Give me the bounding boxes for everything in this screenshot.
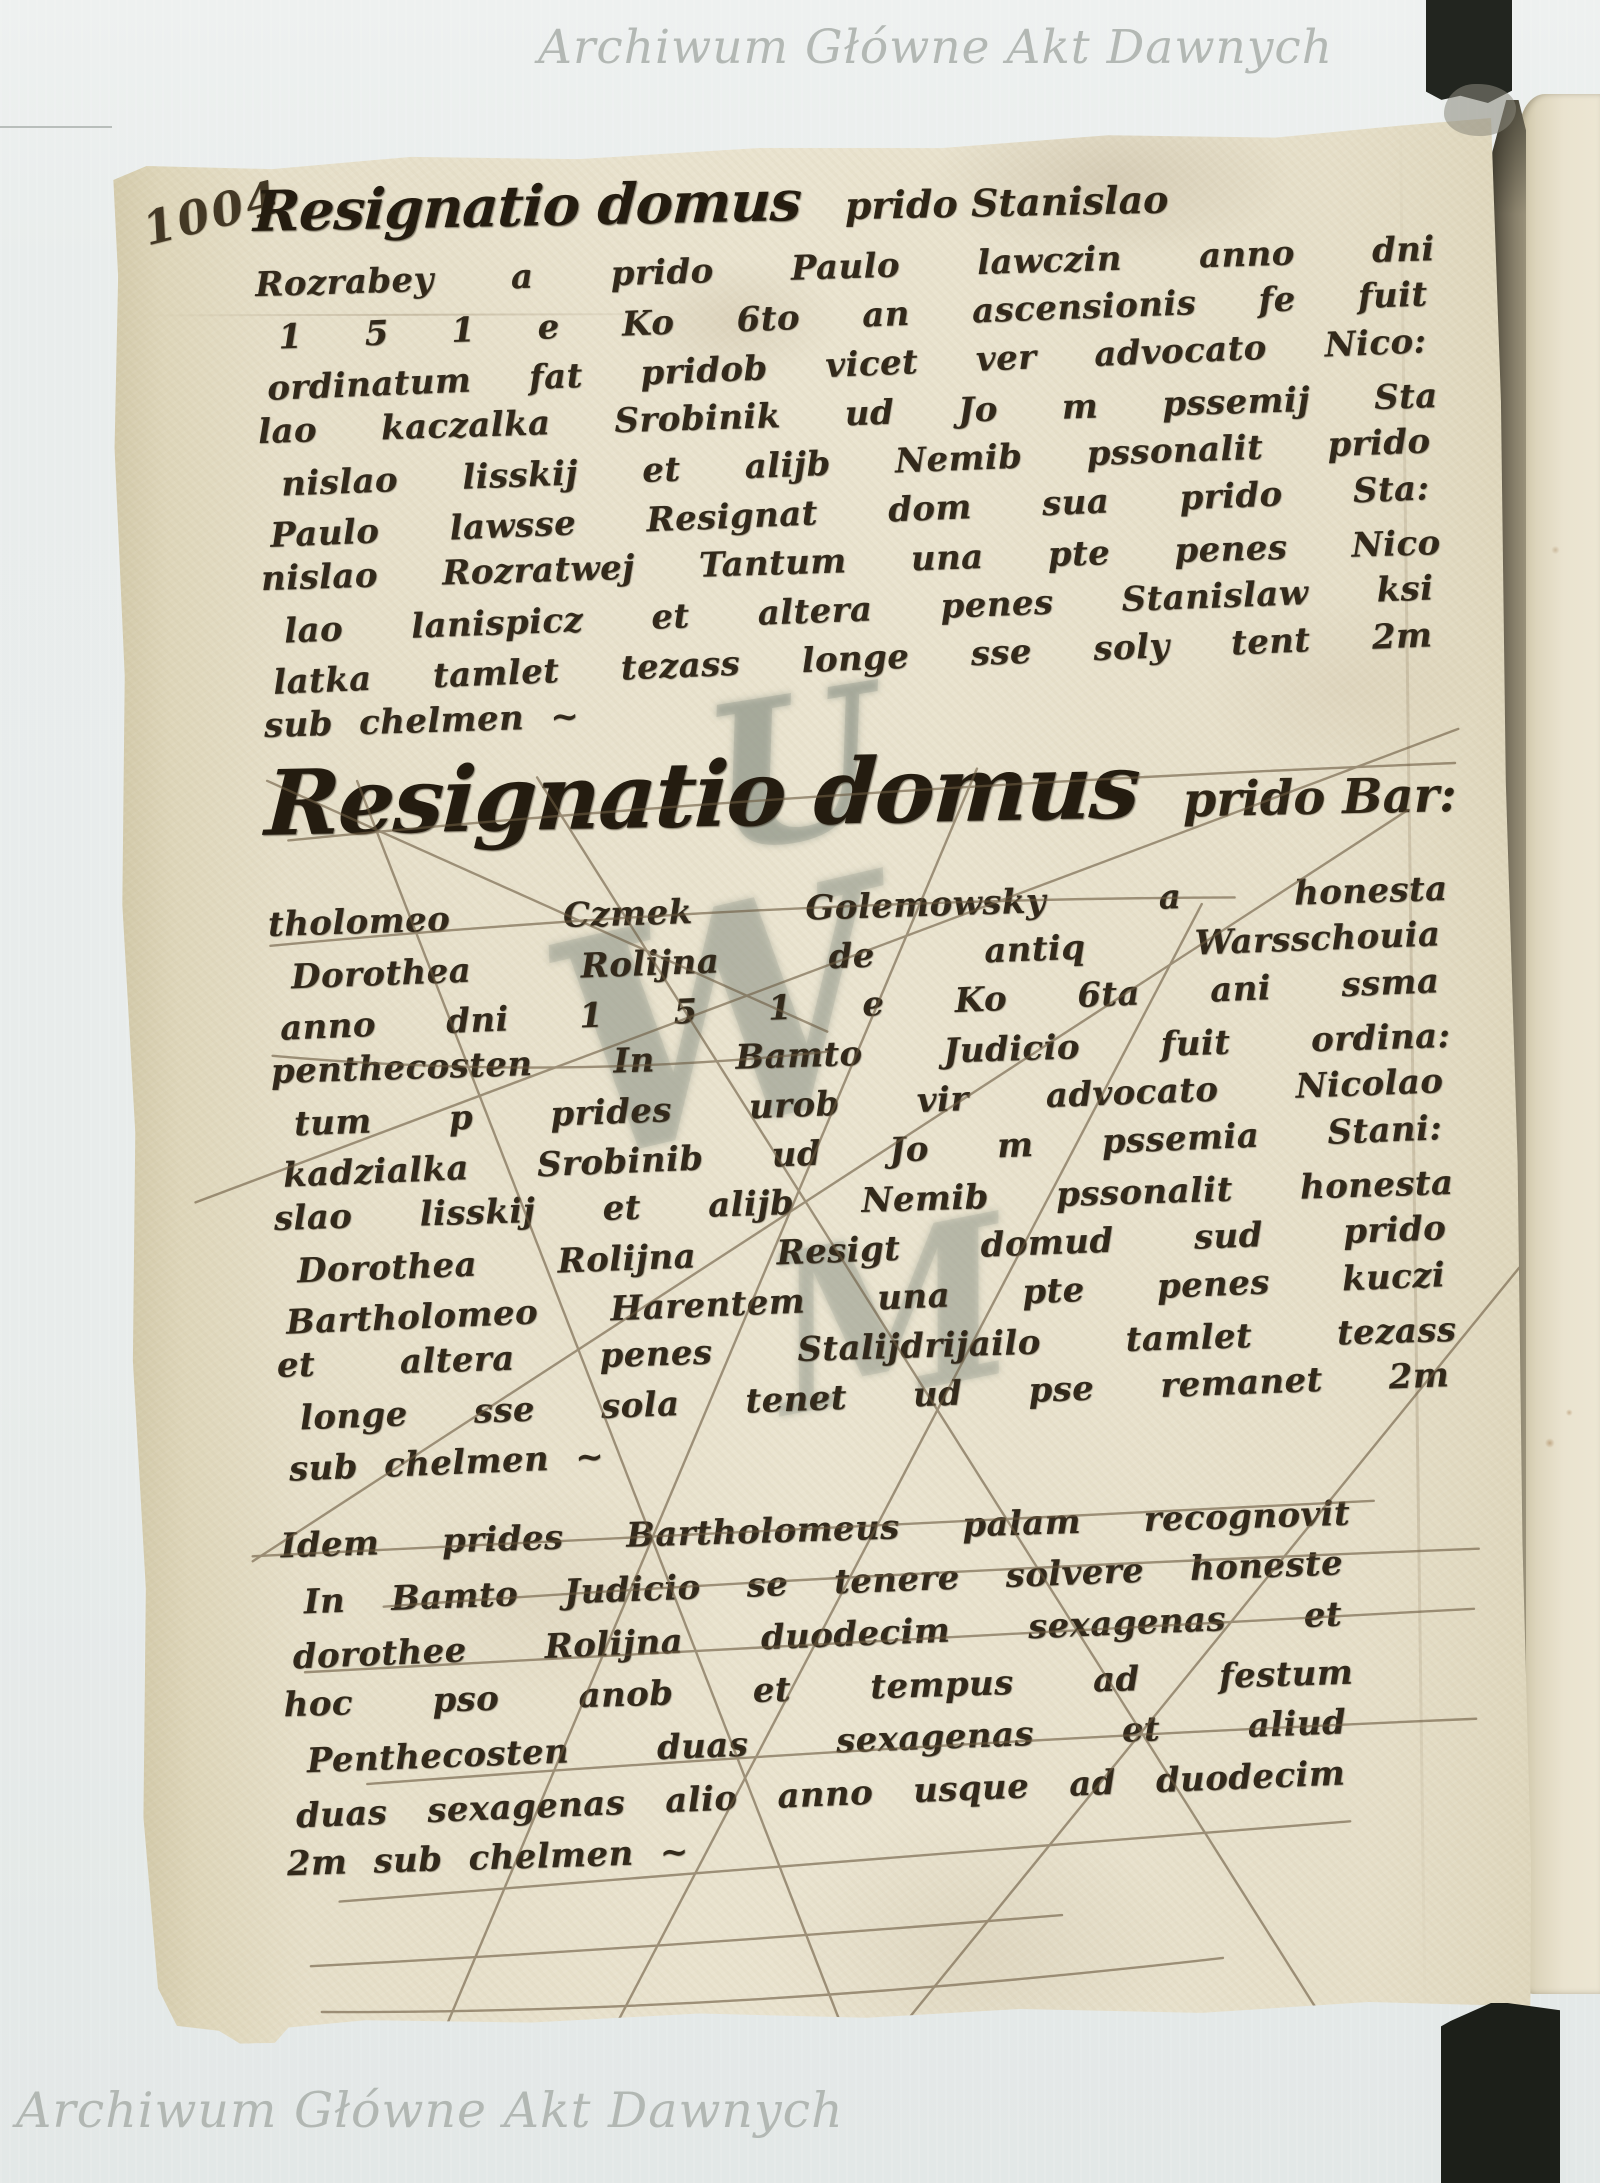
record-2-heading-note: prido Bar: (1182, 767, 1457, 828)
watermark-top: Archiwum Główne Akt Dawnych (538, 20, 1333, 75)
scan-background: U W M 1004 Resignatio domus prido Stanis… (0, 0, 1600, 2183)
record-entry-1: Resignatio domus prido Stanislao Rozrabe… (253, 155, 1454, 745)
manuscript-page: U W M 1004 Resignatio domus prido Stanis… (104, 116, 1536, 2046)
ribbon-glue-residue (1444, 84, 1516, 136)
record-1-heading: Resignatio domus (252, 168, 802, 245)
record-1-heading-note: prido Stanislao (844, 177, 1168, 228)
manuscript-text: Resignatio domus prido Stanislao Rozrabe… (253, 155, 1477, 1886)
record-1-body: Rozrabey a prido Paulo lawczin anno dni1… (255, 231, 1455, 745)
record-2-body: tholomeo Czmek Golemowsky a honestaDorot… (267, 871, 1469, 1483)
record-2-heading: Resignatio domus (263, 733, 1141, 857)
bookmark-ribbon-bottom (1441, 2003, 1560, 2183)
watermark-bottom: Archiwum Główne Akt Dawnych (16, 2082, 844, 2139)
record-2-heading-row: Resignatio domus prido Bar: (264, 727, 1456, 857)
record-entry-3: Idem prides Bartholomeus palam recognovi… (280, 1491, 1477, 1886)
adjacent-page-edge (1519, 94, 1600, 1994)
record-entry-2: Resignatio domus prido Bar: tholomeo Czm… (264, 727, 1468, 1483)
record-3-body: Idem prides Bartholomeus palam recognovi… (280, 1491, 1477, 1886)
scanner-seam (0, 126, 112, 128)
